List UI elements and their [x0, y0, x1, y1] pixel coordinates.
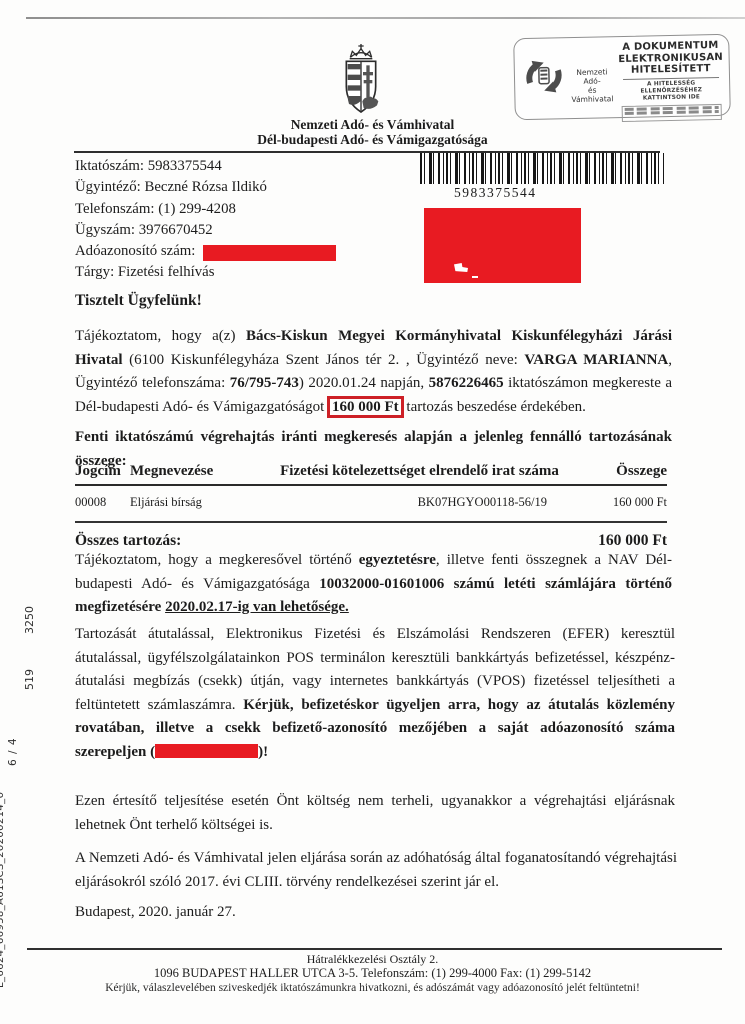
stamp-fine-print [622, 103, 722, 121]
margin-label-3250: 3250 [23, 606, 36, 634]
hungary-coat-of-arms-icon [341, 42, 381, 123]
stamp-org-line1: Nemzeti Adó- [568, 67, 616, 86]
paragraph-request-info: Tájékoztatom, hogy a(z) Bács-Kiskun Megy… [75, 325, 672, 419]
meta-line-adoazonosito: Adóazonosító szám: [75, 241, 336, 262]
margin-label-519: 519 [23, 669, 36, 690]
stamp-verification-hint: A HITELESSÉG ELLENŐRZÉSÉHEZ KATTINTSON I… [617, 79, 725, 102]
footer-address-contact: 1096 BUDAPEST HALLER UTCA 3-5. Telefonsz… [0, 966, 745, 981]
footer-department: Hátralékkezelési Osztály 2. [0, 952, 745, 967]
document-metadata: Iktatószám: 5983375544 Ügyintéző: Beczné… [75, 156, 336, 284]
redaction-box-recipient-address [424, 208, 581, 283]
meta-line-targy: Tárgy: Fizetési felhívás [75, 262, 336, 283]
scan-artifact-line [26, 17, 745, 19]
table-header-row: Jogcím Megnevezése Fizetési kötelezettsé… [75, 463, 667, 486]
debt-table: Jogcím Megnevezése Fizetési kötelezettsé… [75, 463, 667, 550]
paragraph-legal-basis: A Nemzeti Adó- és Vámhivatal jelen eljár… [75, 847, 677, 894]
meta-line-telefonszam: Telefonszám: (1) 299-4208 [75, 199, 336, 220]
redaction-box-tax-id [203, 245, 336, 261]
col-megnevezese: Megnevezése [130, 463, 260, 480]
stamp-title-line3: HITELESÍTETT [617, 63, 725, 77]
greeting: Tisztelt Ügyfelünk! [75, 292, 202, 310]
redaction-artifact-glyph [454, 263, 468, 272]
scanned-document-page: Nemzeti Adó- és Vámhivatal Dél-budapesti… [0, 0, 745, 1024]
col-osszege: Összege [579, 463, 667, 480]
stamp-org-line2: és Vámhivatal [568, 85, 616, 104]
stamp-title: A DOKUMENTUM ELEKTRONIKUSAN HITELESÍTETT [616, 40, 725, 77]
date-line: Budapest, 2020. január 27. [75, 904, 236, 921]
meta-line-ugyszam: Ügyszám: 3976670452 [75, 220, 336, 241]
barcode [420, 153, 664, 184]
stamp-sub-line2: KATTINTSON IDE [617, 93, 725, 102]
highlighted-amount: 160 000 Ft [327, 396, 404, 418]
col-jogcim: Jogcím [75, 463, 130, 480]
meta-line-ugyintezo: Ügyintéző: Beczné Rózsa Ildikó [75, 177, 336, 198]
margin-label-page: 6 / 4 [7, 737, 20, 766]
paragraph-costs: Ezen értesítő teljesítése esetén Önt köl… [75, 790, 675, 837]
nav-circular-arrows-icon [522, 54, 567, 103]
electronic-authentication-stamp: Nemzeti Adó- és Vámhivatal A DOKUMENTUM … [513, 34, 731, 121]
footer-reference-note: Kérjük, válaszlevelében sziveskedjék ikt… [0, 982, 745, 994]
table-row: 00008 Eljárási bírság BK07HGYO00118-56/1… [75, 486, 667, 521]
col-irat-szama: Fizetési kötelezettséget elrendelő irat … [260, 463, 579, 480]
footer-divider [27, 948, 722, 950]
paragraph-payment-methods: Tartozását átutalással, Elektronikus Fiz… [75, 623, 675, 764]
paragraph-payment-deadline: Tájékoztatom, hogy a megkeresővel történ… [75, 549, 672, 620]
deadline-underlined: 2020.02.17-ig van lehetősége. [165, 599, 349, 615]
issuing-directorate-name: Dél-budapesti Adó- és Vámigazgatósága [0, 132, 745, 148]
total-label: Összes tartozás: [75, 532, 181, 550]
barcode-number: 5983375544 [454, 185, 537, 201]
meta-line-iktatoszam: Iktatószám: 5983375544 [75, 156, 336, 177]
redaction-artifact-glyph-small [472, 276, 478, 279]
margin-label-file-id: L_6624_66958_A61SCS_20200214_0 [0, 792, 7, 988]
redaction-box-tax-id-inline [155, 744, 258, 758]
table-total-row: Összes tartozás: 160 000 Ft [75, 521, 667, 550]
stamp-org-name: Nemzeti Adó- és Vámhivatal [568, 67, 617, 104]
total-value: 160 000 Ft [598, 532, 667, 550]
